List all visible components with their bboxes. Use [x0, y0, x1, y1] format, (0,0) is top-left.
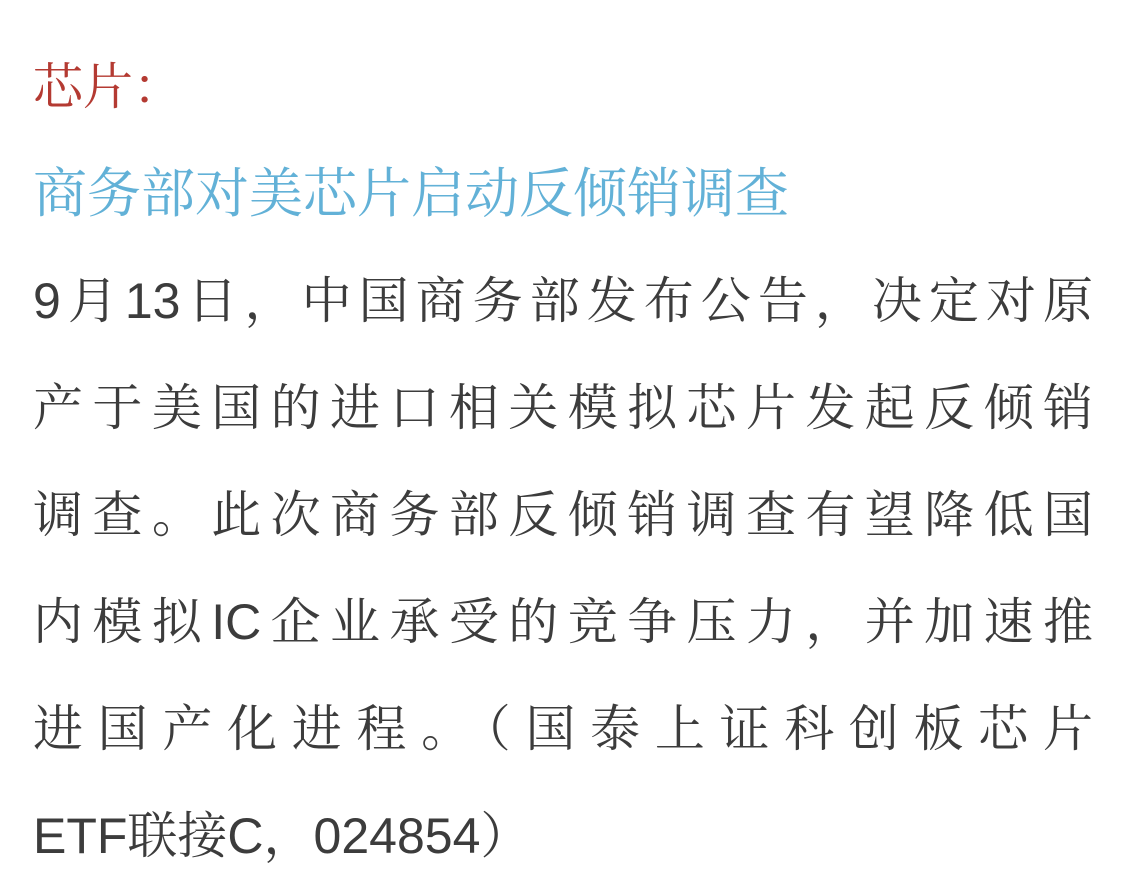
article-headline-link[interactable]: 商务部对美芯片启动反倾销调查: [33, 141, 1093, 248]
body-line: 调查。此次商务部反倾销调查有望降低国: [33, 462, 1093, 569]
body-line: 9月13日，中国商务部发布公告，决定对原: [33, 248, 1093, 355]
body-line: 产于美国的进口相关模拟芯片发起反倾销: [33, 355, 1093, 462]
body-line: 进国产化进程。（国泰上证科创板芯片: [33, 676, 1093, 783]
body-line: ETF联接C，024854）: [33, 783, 1093, 890]
body-line: 内模拟IC企业承受的竞争压力，并加速推: [33, 569, 1093, 676]
section-label: 芯片：: [33, 34, 1093, 141]
article-page: 芯片： 商务部对美芯片启动反倾销调查 9月13日，中国商务部发布公告，决定对原 …: [0, 0, 1125, 894]
